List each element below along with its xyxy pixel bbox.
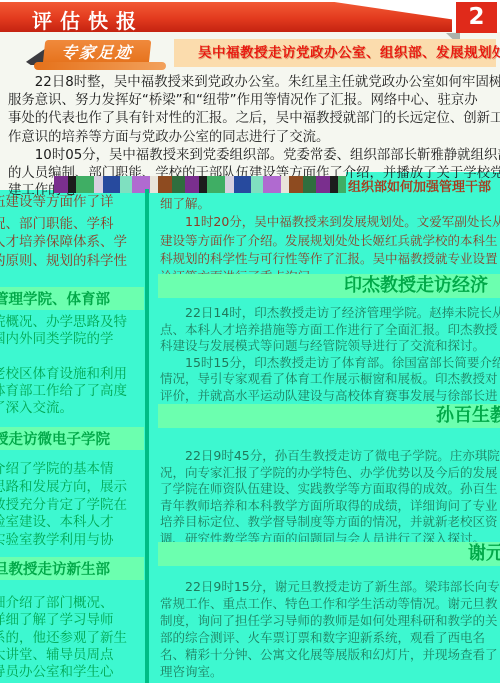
- left-column: 伍建设等方面作了详 况、部门职能、学科人才培养保障体系、学的原则、规划的科学性 …: [0, 188, 144, 683]
- left-column-line: 教授充分肯定了学院在: [0, 493, 144, 511]
- section-header-band: 谢元: [158, 542, 500, 566]
- right-column-line: 22日14时，印杰教授走访了经济管理学院。赵捧未院长从学: [158, 303, 500, 320]
- right-column-line: 常规工作、重点工作、特色工作和学生活动等情况。谢元旦教: [158, 594, 500, 611]
- section-header-text: 授走访微电子学院: [0, 432, 110, 448]
- section-header-band: 孙百生教: [158, 404, 500, 428]
- right-section-yinjie: 印杰教授走访经济 22日14时，印杰教授走访了经济管理学院。赵捧未院长从学点、本…: [158, 274, 500, 403]
- intro-text-block: 22日8时整，吴中福教授来到党政办公室。朱红星主任就党政办公室如何牢固树立服务意…: [8, 71, 500, 180]
- right-column-line: 名、精彩十分钟、公寓文化展等展版和幻灯片，并现场查看了: [158, 645, 500, 662]
- right-column-line: 制度，询问了担任学习导师的教师是如何处理科研和教学的关: [158, 611, 500, 628]
- left-column-line: 人才培养保障体系、学: [0, 230, 144, 248]
- left-column-line: 细介绍了部门概况、: [0, 591, 144, 608]
- right-column-line: 理咨询室。: [158, 662, 500, 679]
- right-column-line: 况，向专家汇报了学院的办学特色、办学优势以及今后的发展: [158, 463, 500, 480]
- right-column-line: 情况，导引专家观看了体育工作展示橱窗和展板。印杰教授对: [158, 369, 500, 386]
- section-header-text: 谢元: [468, 542, 500, 566]
- left-residue-line: 伍建设等方面作了详: [0, 190, 144, 207]
- section-header-text: 孙百生教: [436, 404, 500, 428]
- page-number-badge: 2: [456, 2, 497, 33]
- right-column-line: 了学院在师资队伍建设、实践教学等方面取得的成效。孙百生: [158, 479, 500, 496]
- left-column-line: 老校区体育设施和利用: [0, 362, 144, 379]
- right-column-line: 青年教师培养和本科教学方面所取得的成绩，详细询问了专业: [158, 496, 500, 513]
- right-section-sunbaisheng: 孙百生教 22日9时45分，孙百生教授走访了微电子学院。庄亦琪院况，向专家汇报了…: [158, 404, 500, 546]
- left-column-line: 导员办公室和学生心: [0, 660, 144, 677]
- right-column-line: 建设等方面作了介绍。发展规划处处长姬红兵就学校的本科生: [158, 231, 500, 249]
- right-column-line: 培养目标定位、教学督导制度等方面的情况，并就新老校区资: [158, 512, 500, 529]
- right-column-line: 科规划的科学性与可行性等作了汇报。吴中福教授就专业设置: [158, 249, 500, 267]
- intro-line: 作意识的培养等方面与党政办公室的同志进行了交流。: [8, 126, 500, 144]
- section-header-band: 授走访微电子学院: [0, 427, 144, 450]
- intro-line: 10时05分，吴中福教授来到党委组织部。党委常委、组织部部长靳雅静就组织部: [8, 144, 500, 162]
- section-header-band: 印杰教授走访经济: [158, 274, 500, 298]
- left-column-line: 介绍了学院的基本情: [0, 457, 144, 475]
- section-header-band: 管理学院、体育部: [0, 287, 144, 310]
- right-column-line: 细了解。: [158, 194, 500, 212]
- left-column-line: 实验室教学利用与协: [0, 528, 144, 546]
- right-column-line: 22日9时15分，谢元旦教授走访了新生部。梁玮部长向专家: [158, 577, 500, 594]
- left-column-line: 体育部工作给了了高度: [0, 379, 144, 396]
- newsletter-page: 评估快报 2 专家足迹 吴中福教授走访党政办公室、组织部、发展规划处 22日8时…: [0, 0, 500, 683]
- right-column-line: 评价，并就高水平运动队建设与高校体育赛事发展与徐部长进: [158, 386, 500, 403]
- article-headline: 吴中福教授走访党政办公室、组织部、发展规划处: [198, 39, 500, 67]
- badge-swoosh-decoration: [34, 62, 166, 70]
- column-divider: [145, 189, 149, 683]
- left-section-microelectronics: 授走访微电子学院 介绍了学院的基本情思路和发展方向，展示教授充分肯定了学院在验室…: [0, 427, 144, 546]
- right-column-line: 部的综合测评、火车票订票和数字迎新系统，观看了西电名: [158, 628, 500, 645]
- section-header-text: 管理学院、体育部: [0, 292, 110, 308]
- left-column-line: 的原则、规划的科学性: [0, 249, 144, 267]
- right-column: 细了解。 11时20分，吴中福教授来到发展规划处。文爱军副处长从建设等方面作了介…: [158, 188, 500, 683]
- intro-line: 服务意识、努力发挥好“桥梁”和“纽带”作用等情况作了汇报。网络中心、驻京办: [8, 89, 500, 107]
- left-section-freshman-dept: 旦教授走访新生部 细介绍了部门概况、详细了解了学习导师系的，他还参观了新生大讲堂…: [0, 557, 144, 677]
- intro-line: 22日8时整，吴中福教授来到党政办公室。朱红星主任就党政办公室如何牢固树立: [8, 71, 500, 89]
- left-column-line: 况、部门职能、学科: [0, 212, 144, 230]
- masthead-title: 评估快报: [32, 5, 144, 34]
- right-column-line: 15时15分，印杰教授走访了体育部。徐国富部长简要介绍了: [158, 353, 500, 370]
- intro-line: 事处的代表也作了具有针对性的汇报。之后，吴中福教授就部门的长远定位、创新工: [8, 107, 500, 125]
- left-residue-block: 况、部门职能、学科人才培养保障体系、学的原则、规划的科学性: [0, 212, 144, 267]
- right-section-xieyuandan: 谢元 22日9时15分，谢元旦教授走访了新生部。梁玮部长向专家常规工作、重点工作…: [158, 542, 500, 679]
- left-column-line: 详细了解了学习导师: [0, 608, 144, 625]
- left-column-line: 系的，他还参观了新生: [0, 626, 144, 643]
- section-header-text: 印杰教授走访经济: [344, 274, 488, 298]
- left-column-line: 院概况、办学思路及特: [0, 310, 144, 327]
- right-column-line: 22日9时45分，孙百生教授走访了微电子学院。庄亦琪院: [158, 446, 500, 463]
- left-section-management-sports: 管理学院、体育部 院概况、办学思路及特国内外同类学院的学老校区体育设施和利用体育…: [0, 287, 144, 413]
- section-header-text: 旦教授走访新生部: [0, 562, 110, 578]
- section-header-band: 旦教授走访新生部: [0, 557, 144, 580]
- headline-band: 吴中福教授走访党政办公室、组织部、发展规划处: [174, 39, 496, 67]
- right-column-line: 点、本科人才培养措施等方面工作进行了全面汇报。印杰教授: [158, 320, 500, 337]
- right-column-line: 11时20分，吴中福教授来到发展规划处。文爱军副处长从: [158, 212, 500, 230]
- right-column-line: 科建设与发展模式等问题与经管院领导进行了交流和探讨。: [158, 336, 500, 353]
- right-planning-office-block: 细了解。 11时20分，吴中福教授来到发展规划处。文爱军副处长从建设等方面作了介…: [158, 194, 500, 285]
- left-column-line: 验室建设、本科人才: [0, 510, 144, 528]
- left-column-line: 思路和发展方向，展示: [0, 475, 144, 493]
